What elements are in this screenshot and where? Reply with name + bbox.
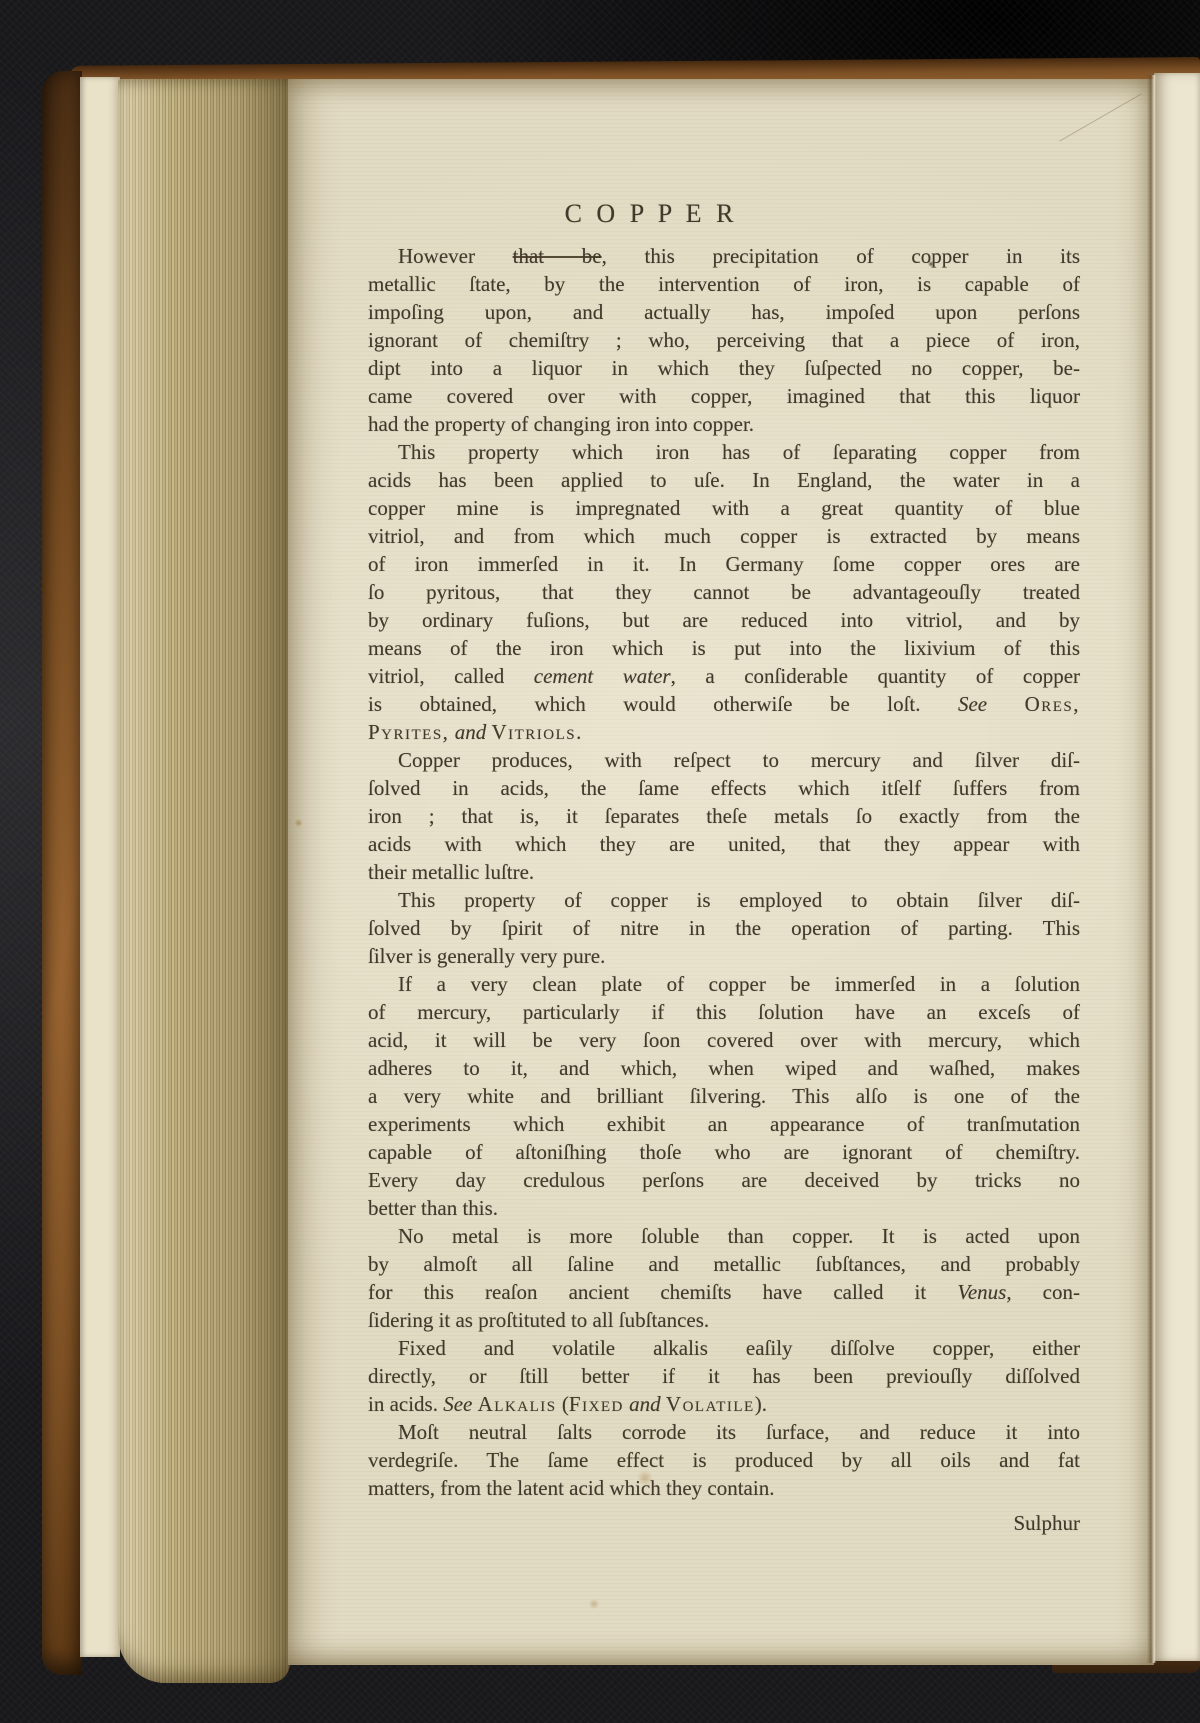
text-line: acid, it will be very ſoon covered over …: [368, 1026, 1080, 1054]
page-corner-crease: [1059, 93, 1142, 141]
text-line: vitriol, and from which much copper is e…: [368, 522, 1080, 550]
text-line: If a very clean plate of copper be immer…: [368, 970, 1080, 998]
catchword: Sulphur: [368, 1509, 1080, 1537]
text-line: ſo pyritous, that they cannot be advanta…: [368, 578, 1080, 606]
text-line: Pyrites, and Vitriols.: [368, 718, 1080, 746]
text-line: acids with which they are united, that t…: [368, 830, 1080, 858]
paragraph: Moſt neutral ſalts corrode its ſurface, …: [368, 1418, 1080, 1502]
text-line: acids has been applied to uſe. In Englan…: [368, 466, 1080, 494]
text-line: This property which iron has of ſeparati…: [368, 438, 1080, 466]
text-block: C O P P E R However that be, this precip…: [368, 197, 1080, 1537]
foxing-stain: [588, 1599, 600, 1609]
text-line: verdegriſe. The ſame effect is produced …: [368, 1446, 1080, 1474]
paragraph: This property which iron has of ſeparati…: [368, 438, 1080, 746]
text-line: by almoſt all ſaline and metallic ſubſta…: [368, 1250, 1080, 1278]
text-line: ſilver is generally very pure.: [368, 942, 1080, 970]
text-line: matters, from the latent acid which they…: [368, 1474, 1080, 1502]
text-line: for this reaſon ancient chemiſts have ca…: [368, 1278, 1080, 1306]
text-line: impoſing upon, and actually has, impoſed…: [368, 298, 1080, 326]
text-line: had the property of changing iron into c…: [368, 410, 1080, 438]
text-line: metallic ſtate, by the intervention of i…: [368, 270, 1080, 298]
text-line: of mercury, particularly if this ſolutio…: [368, 998, 1080, 1026]
text-line: No metal is more ſoluble than copper. It…: [368, 1222, 1080, 1250]
text-line: directly, or ſtill better if it has been…: [368, 1362, 1080, 1390]
text-line: capable of aſtoniſhing thoſe who are ign…: [368, 1138, 1080, 1166]
text-line: ignorant of chemiſtry ; who, perceiving …: [368, 326, 1080, 354]
text-line: iron ; that is, it ſeparates theſe metal…: [368, 802, 1080, 830]
text-line: experiments which exhibit an appearance …: [368, 1110, 1080, 1138]
page-edges-fan: [118, 79, 290, 1683]
text-line: ſidering it as proſtituted to all ſubſta…: [368, 1306, 1080, 1334]
paragraph: Copper produces, with reſpect to mercury…: [368, 746, 1080, 886]
text-line: ſolved by ſpirit of nitre in the operati…: [368, 914, 1080, 942]
book-page: C O P P E R However that be, this precip…: [288, 79, 1154, 1665]
text-line: adheres to it, and which, when wiped and…: [368, 1054, 1080, 1082]
paragraph: However that be, this precipitation of c…: [368, 242, 1080, 438]
text-line: Copper produces, with reſpect to mercury…: [368, 746, 1080, 774]
paragraph: No metal is more ſoluble than copper. It…: [368, 1222, 1080, 1334]
text-line: by ordinary fuſions, but are reduced int…: [368, 606, 1080, 634]
text-line: is obtained, which would otherwiſe be lo…: [368, 690, 1080, 718]
text-line: a very white and brilliant ſilvering. Th…: [368, 1082, 1080, 1110]
text-line: This property of copper is employed to o…: [368, 886, 1080, 914]
text-line: Moſt neutral ſalts corrode its ſurface, …: [368, 1418, 1080, 1446]
body-text: However that be, this precipitation of c…: [368, 242, 1080, 1502]
book: C O P P E R However that be, this precip…: [42, 55, 1200, 1685]
gutter-crease: [1147, 75, 1156, 1663]
facing-page-sliver: [1154, 73, 1200, 1661]
text-line: ſolved in acids, the ſame effects which …: [368, 774, 1080, 802]
text-line: better than this.: [368, 1194, 1080, 1222]
text-line: Fixed and volatile alkalis eaſily diſſol…: [368, 1334, 1080, 1362]
text-line: means of the iron which is put into the …: [368, 634, 1080, 662]
text-line: copper mine is impregnated with a great …: [368, 494, 1080, 522]
text-line: However that be, this precipitation of c…: [368, 242, 1080, 270]
book-spine-leather: [42, 71, 82, 1675]
text-line: Every day credulous perſons are deceived…: [368, 1166, 1080, 1194]
text-line: in acids. See Alkalis (Fixed and Volatil…: [368, 1390, 1080, 1418]
paragraph: This property of copper is employed to o…: [368, 886, 1080, 970]
paragraph: Fixed and volatile alkalis eaſily diſſol…: [368, 1334, 1080, 1418]
text-line: dipt into a liquor in which they ſuſpect…: [368, 354, 1080, 382]
foxing-stain: [294, 819, 303, 827]
text-line: vitriol, called cement water, a conſider…: [368, 662, 1080, 690]
text-line: came covered over with copper, imagined …: [368, 382, 1080, 410]
endpaper-strip: [80, 77, 120, 1657]
text-line: their metallic luſtre.: [368, 858, 1080, 886]
photo-background: C O P P E R However that be, this precip…: [0, 0, 1200, 1723]
page-title: C O P P E R: [295, 197, 1007, 231]
paragraph: If a very clean plate of copper be immer…: [368, 970, 1080, 1222]
text-line: of iron immerſed in it. In Germany ſome …: [368, 550, 1080, 578]
